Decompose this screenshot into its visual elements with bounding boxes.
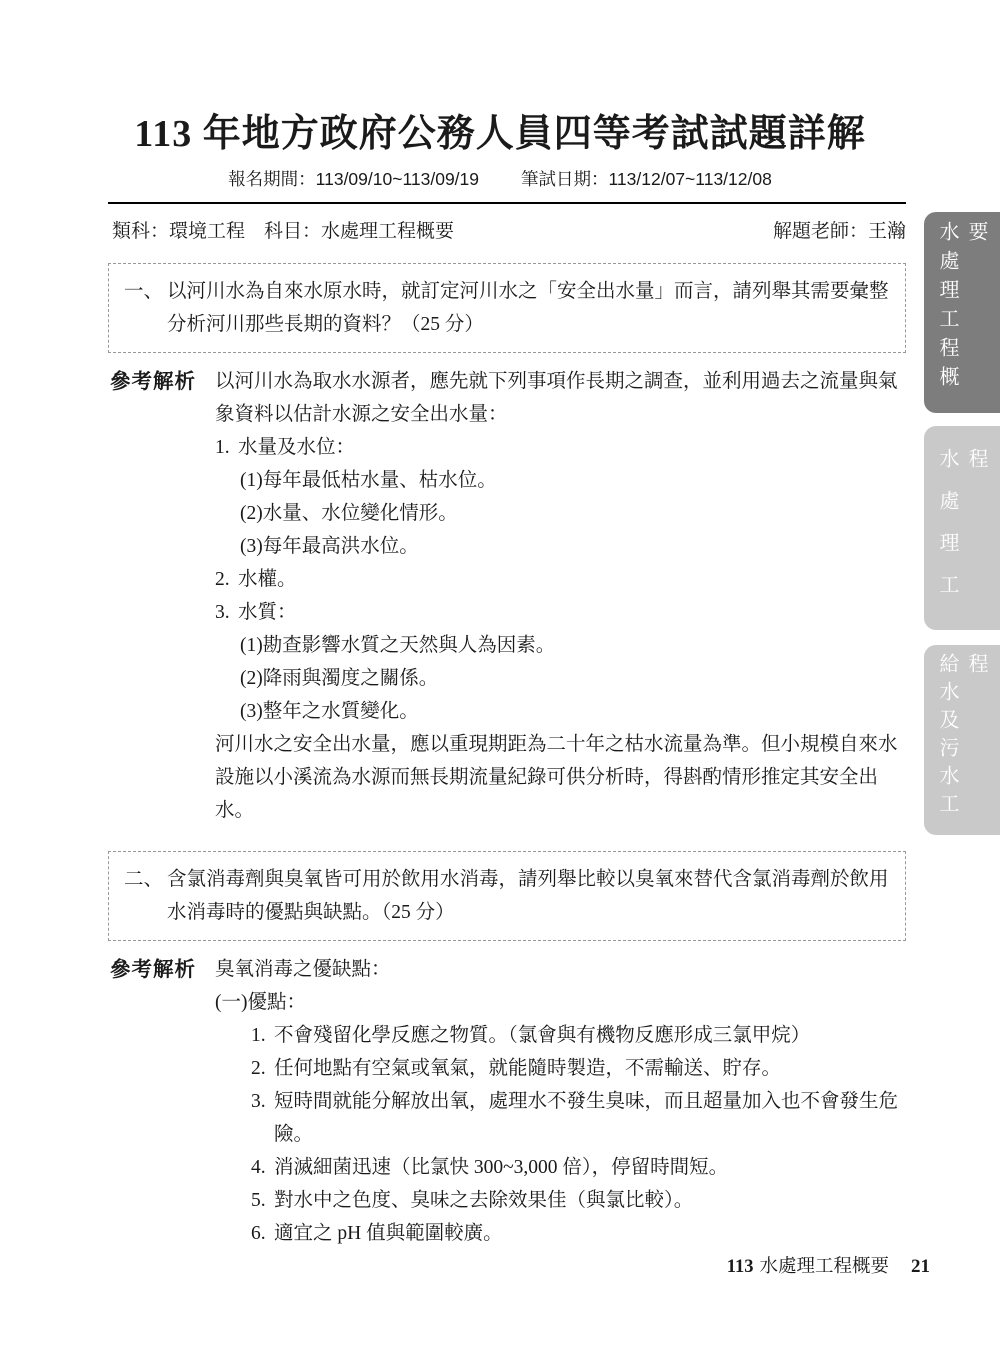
list-item-text: 消滅細菌迅速（比氯快 300~3,000 倍），停留時間短。: [274, 1151, 728, 1184]
list-item-text: 短時間就能分解放出氧，處理水不發生臭味，而且超量加入也不會發生危險。: [274, 1085, 906, 1151]
list-item-number: 6.: [251, 1217, 274, 1250]
list-item-text: 對水中之色度、臭味之去除效果佳（與氯比較）。: [274, 1184, 693, 1217]
footer-subject: 水處理工程概要: [759, 1252, 889, 1278]
analysis-label: 參考解析: [110, 365, 215, 827]
list-item: 1. 水量及水位：: [215, 431, 906, 464]
document-page: 113 年地方政府公務人員四等考試試題詳解 報名期間：113/09/10~113…: [0, 0, 1000, 1353]
list-item-text: 水權。: [238, 563, 297, 596]
list-item-number: 3.: [251, 1085, 274, 1151]
question-text: 以河川水為自來水原水時，就訂定河川水之「安全出水量」而言，請列舉其需要彙整分析河…: [167, 275, 891, 341]
list-subitem: (3)每年最高洪水位。: [240, 530, 906, 563]
page-title: 113 年地方政府公務人員四等考試試題詳解: [0, 0, 1000, 158]
sidebar-tab-water-supply-sewage[interactable]: 給水及污水工程: [924, 645, 1000, 835]
advantage-item: 1. 不會殘留化學反應之物質。（氯會與有機物反應形成三氯甲烷）: [251, 1019, 906, 1052]
category-subject-label: 類科：環境工程 科目：水處理工程概要: [112, 216, 454, 243]
page-number: 21: [911, 1256, 930, 1278]
page-footer: 113 水處理工程概要 21: [727, 1252, 930, 1278]
advantages-heading: (一)優點：: [215, 986, 906, 1019]
sidebar-tab-water-treatment[interactable]: 水處理工程: [924, 426, 1000, 630]
list-item-number: 4.: [251, 1151, 274, 1184]
list-item-number: 5.: [251, 1184, 274, 1217]
list-item-text: 適宜之 pH 值與範圍較廣。: [274, 1217, 503, 1250]
list-item-number: 1.: [215, 431, 238, 464]
list-item-text: 不會殘留化學反應之物質。（氯會與有機物反應形成三氯甲烷）: [274, 1019, 810, 1052]
analysis-intro: 以河川水為取水水源者，應先就下列事項作長期之調查，並利用過去之流量與氣象資料以估…: [215, 365, 906, 431]
list-item-number: 2.: [251, 1052, 274, 1085]
question-box-2: 二、 含氯消毒劑與臭氧皆可用於飲用水消毒，請列舉比較以臭氧來替代含氯消毒劑於飲用…: [108, 851, 906, 941]
list-item: 2. 水權。: [215, 563, 906, 596]
analysis-section-1: 參考解析 以河川水為取水水源者，應先就下列事項作長期之調查，並利用過去之流量與氣…: [110, 365, 906, 827]
list-item: 3. 水質：: [215, 596, 906, 629]
advantage-item: 5. 對水中之色度、臭味之去除效果佳（與氯比較）。: [251, 1184, 906, 1217]
sidebar-tab-water-treatment-outline[interactable]: 水處理工程概要: [924, 212, 1000, 413]
header-divider: [108, 202, 906, 204]
list-item-text: 水質：: [238, 596, 297, 629]
advantage-item: 6. 適宜之 pH 值與範圍較廣。: [251, 1217, 906, 1250]
analysis-body: 以河川水為取水水源者，應先就下列事項作長期之調查，並利用過去之流量與氣象資料以估…: [215, 365, 906, 827]
advantage-item: 3. 短時間就能分解放出氧，處理水不發生臭味，而且超量加入也不會發生危險。: [251, 1085, 906, 1151]
teacher-label: 解題老師：王瀚: [773, 216, 906, 243]
analysis-intro: 臭氧消毒之優缺點：: [215, 953, 906, 986]
registration-period: 報名期間：113/09/10~113/09/19: [228, 166, 479, 191]
footer-year: 113: [727, 1257, 754, 1278]
analysis-conclusion: 河川水之安全出水量，應以重現期距為二十年之枯水流量為準。但小規模自來水設施以小溪…: [215, 728, 906, 827]
question-box-1: 一、 以河川水為自來水原水時，就訂定河川水之「安全出水量」而言，請列舉其需要彙整…: [108, 263, 906, 353]
analysis-section-2: 參考解析 臭氧消毒之優缺點： (一)優點： 1. 不會殘留化學反應之物質。（氯會…: [110, 953, 906, 1250]
list-item-number: 3.: [215, 596, 238, 629]
question-text: 含氯消毒劑與臭氧皆可用於飲用水消毒，請列舉比較以臭氧來替代含氯消毒劑於飲用水消毒…: [167, 863, 891, 929]
advantage-item: 4. 消滅細菌迅速（比氯快 300~3,000 倍），停留時間短。: [251, 1151, 906, 1184]
list-item-text: 水量及水位：: [238, 431, 355, 464]
exam-dates-row: 報名期間：113/09/10~113/09/19 筆試日期：113/12/07~…: [0, 166, 1000, 191]
list-item-number: 2.: [215, 563, 238, 596]
question-number: 一、: [124, 275, 167, 341]
list-subitem: (1)每年最低枯水量、枯水位。: [240, 464, 906, 497]
advantage-item: 2. 任何地點有空氣或氧氣，就能隨時製造，不需輸送、貯存。: [251, 1052, 906, 1085]
question-number: 二、: [124, 863, 167, 929]
list-subitem: (2)降雨與濁度之關係。: [240, 662, 906, 695]
subject-info-row: 類科：環境工程 科目：水處理工程概要 解題老師：王瀚: [112, 216, 906, 243]
written-exam-date: 筆試日期：113/12/07~113/12/08: [521, 166, 772, 191]
analysis-label: 參考解析: [110, 953, 215, 1250]
list-subitem: (3)整年之水質變化。: [240, 695, 906, 728]
list-item-text: 任何地點有空氣或氧氣，就能隨時製造，不需輸送、貯存。: [274, 1052, 781, 1085]
list-subitem: (2)水量、水位變化情形。: [240, 497, 906, 530]
list-item-number: 1.: [251, 1019, 274, 1052]
list-subitem: (1)勘查影響水質之天然與人為因素。: [240, 629, 906, 662]
analysis-body: 臭氧消毒之優缺點： (一)優點： 1. 不會殘留化學反應之物質。（氯會與有機物反…: [215, 953, 906, 1250]
